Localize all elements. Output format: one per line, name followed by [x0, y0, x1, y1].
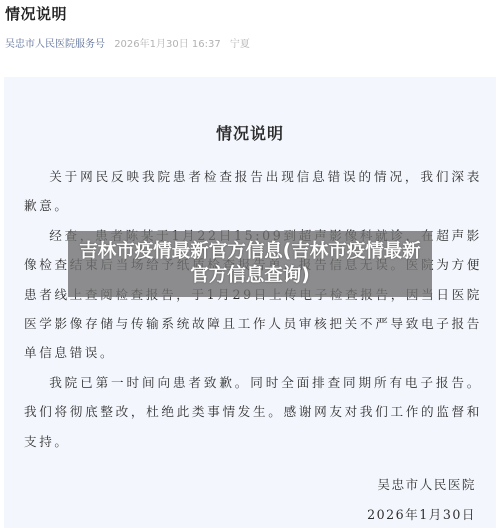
article-title: 情况说明 — [5, 3, 67, 24]
caption-overlay-banner: 吉林市疫情最新官方信息(吉林市疫情最新官方信息查询) — [68, 231, 432, 297]
document-signature: 吴忠市人民医院 2026年1月30日 — [367, 470, 476, 528]
document-heading: 情况说明 — [4, 121, 496, 144]
account-name-link[interactable]: 吴忠市人民医院服务号 — [5, 39, 105, 50]
signature-organization: 吴忠市人民医院 — [367, 470, 476, 500]
signature-date: 2026年1月30日 — [367, 500, 476, 528]
document-paragraph: 关于网民反映我院患者检查报告出现信息错误的情况，我们深表歉意。 — [24, 162, 482, 221]
document-image[interactable]: 情况说明 关于网民反映我院患者检查报告出现信息错误的情况，我们深表歉意。 经查，… — [4, 77, 496, 528]
caption-overlay-text: 吉林市疫情最新官方信息(吉林市疫情最新官方信息查询) — [76, 240, 424, 288]
article-meta: 吴忠市人民医院服务号 2026年1月30日 16:37 宁夏 — [5, 35, 250, 50]
publish-location: 宁夏 — [230, 39, 250, 50]
document-body: 关于网民反映我院患者检查报告出现信息错误的情况，我们深表歉意。 经查，患者陈某于… — [24, 162, 482, 456]
publish-date: 2026年1月30日 16:37 — [114, 39, 221, 50]
document-paragraph: 我院已第一时间向患者致歉。同时全面排查同期所有电子报告。我们将彻底整改，杜绝此类… — [24, 368, 482, 456]
